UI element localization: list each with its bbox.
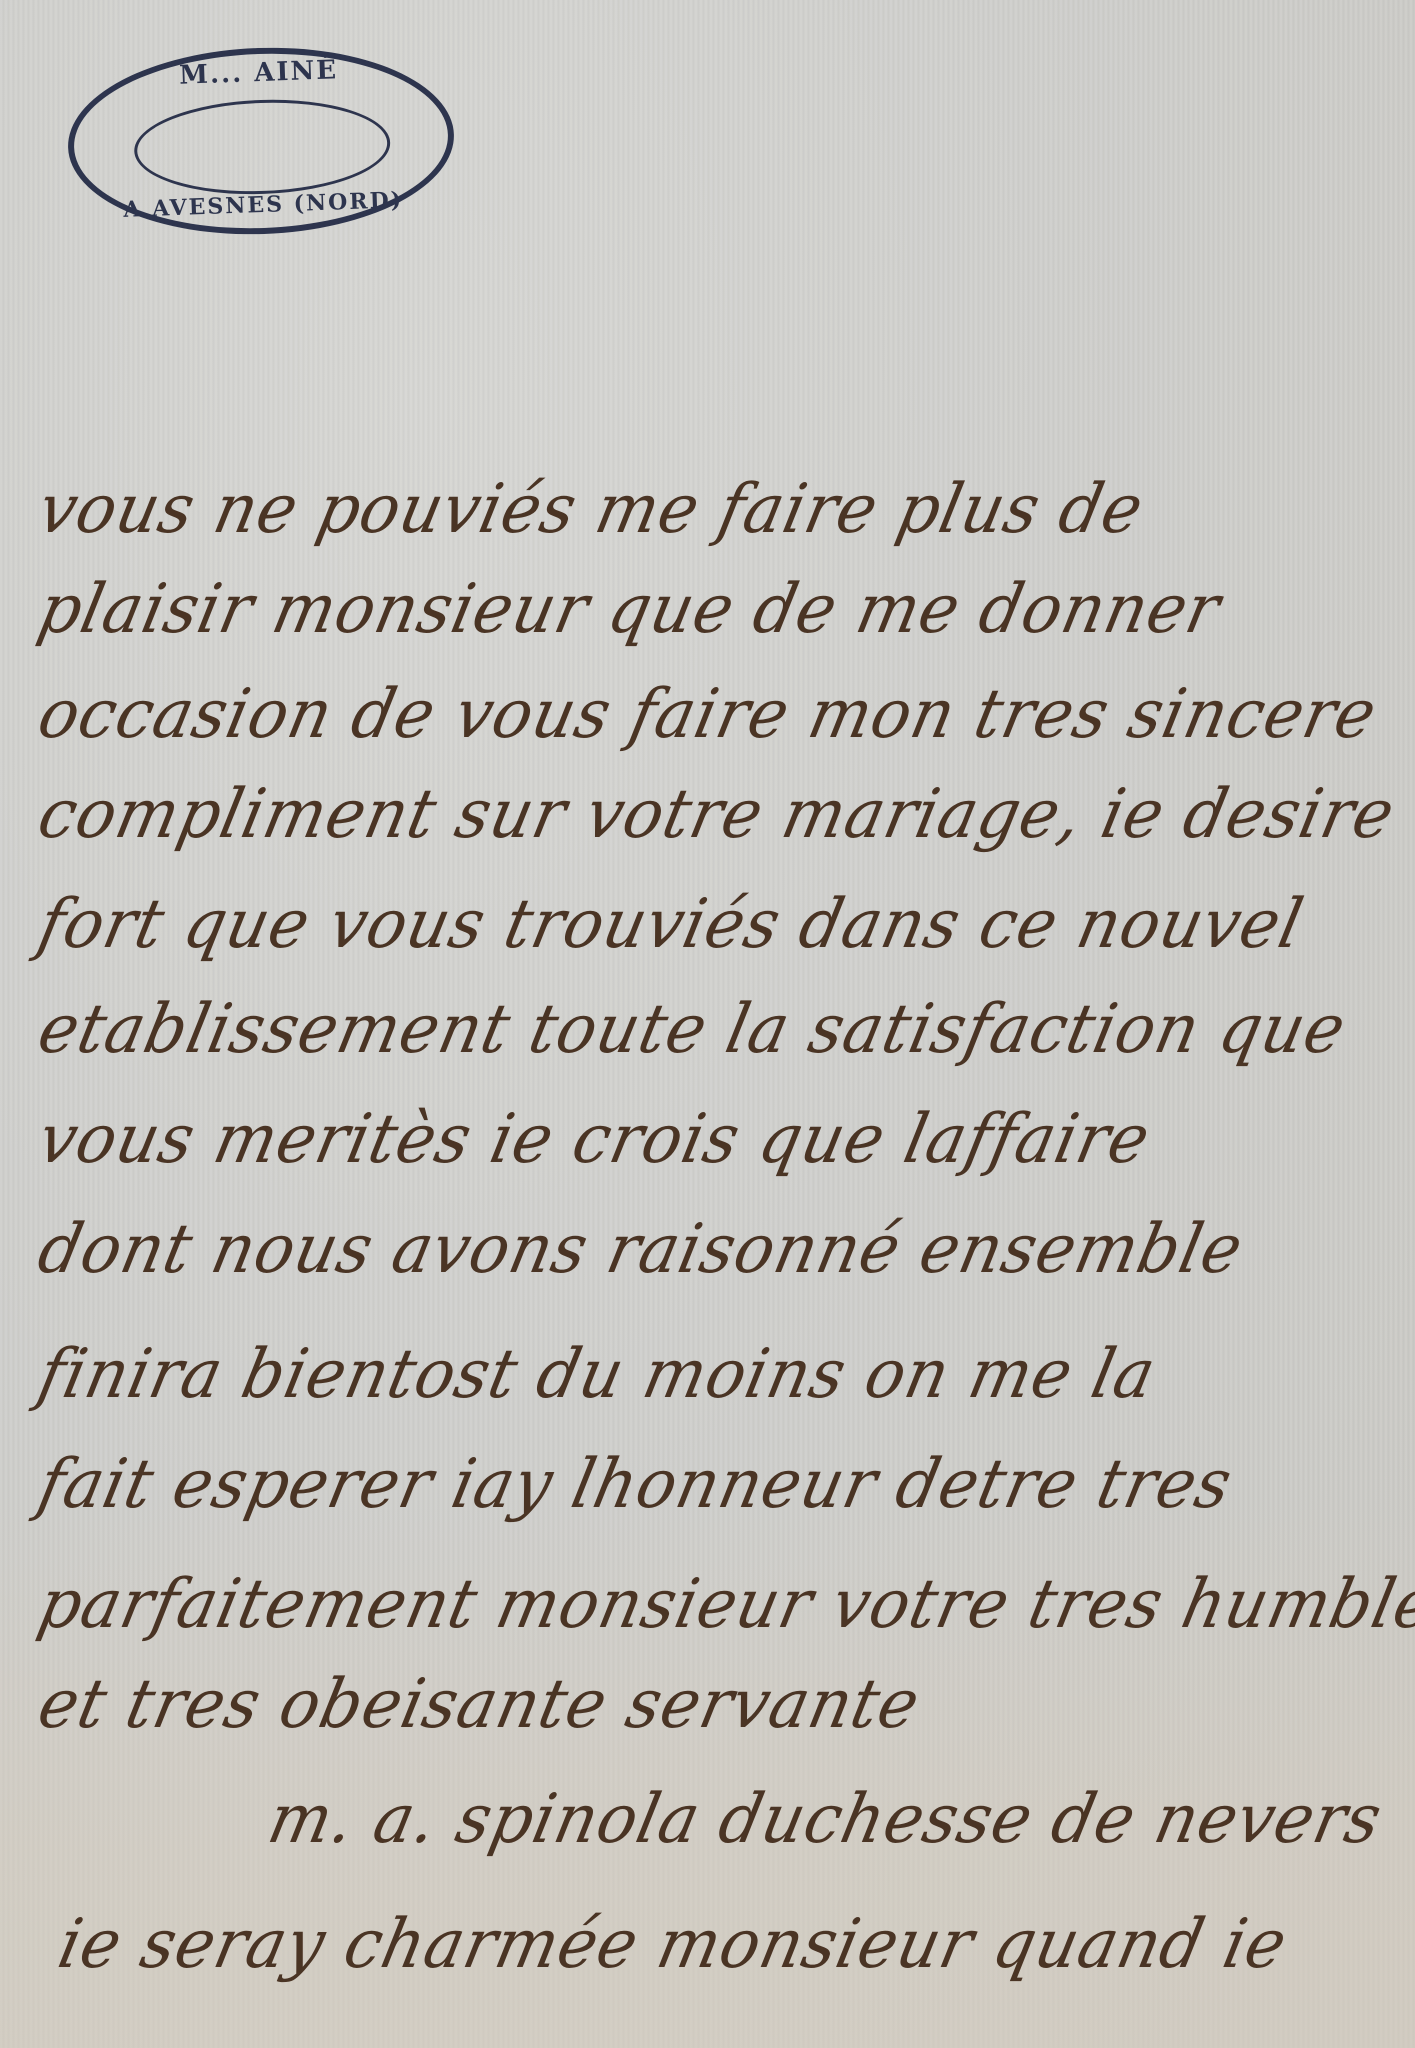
letter-line: fait esperer iay lhonneur detre tres — [32, 1445, 1239, 1524]
postscript-line: ie seray charmée monsieur quand ie — [52, 1905, 1294, 1984]
ink-stamp: M... AINÉ A AVESNES (NORD) — [65, 41, 457, 240]
letter-line: compliment sur votre mariage, ie desire — [32, 775, 1402, 854]
letter-line: finira bientost du moins on me la — [32, 1335, 1163, 1414]
signature: m. a. spinola duchesse de nevers — [262, 1780, 1389, 1859]
stamp-inner-oval — [133, 96, 392, 199]
letter-line: etablissement toute la satisfaction que — [32, 990, 1353, 1069]
letter-line: fort que vous trouviés dans ce nouvel — [32, 885, 1311, 964]
letter-line: dont nous avons raisonné ensemble — [32, 1210, 1250, 1289]
letter-line: et tres obeisante servante — [32, 1665, 927, 1744]
letter-line: parfaitement monsieur votre tres humble — [32, 1565, 1415, 1644]
letter-line: vous meritès ie crois que laffaire — [32, 1100, 1157, 1179]
letter-line: occasion de vous faire mon tres sincere — [32, 675, 1384, 754]
letter-line: vous ne pouviés me faire plus de — [32, 470, 1151, 549]
letter-line: plaisir monsieur que de me donner — [32, 570, 1228, 649]
